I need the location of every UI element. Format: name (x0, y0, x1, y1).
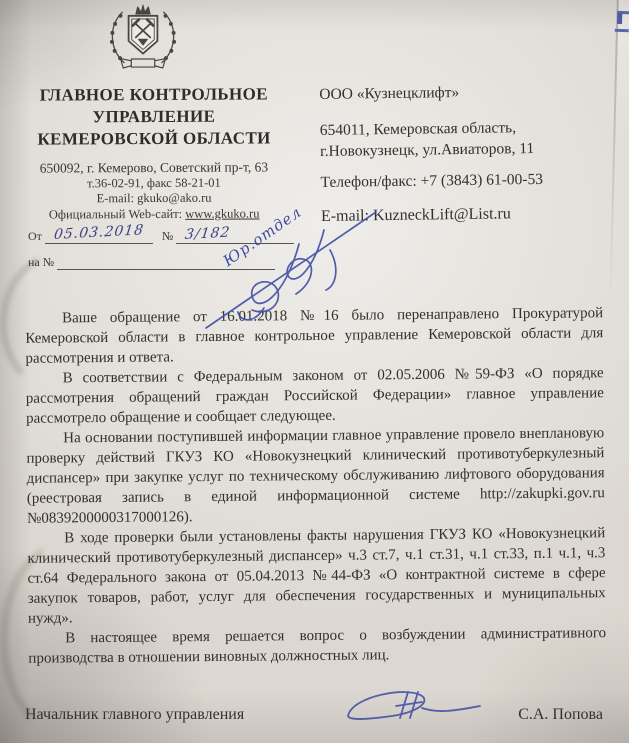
paragraph: В соответствии с Федеральным законом от … (26, 363, 605, 429)
org-name-line: ГЛАВНОЕ КОНТРОЛЬНОЕ (10, 83, 298, 107)
scanned-letter-photo: ГЛАВНОЕ КОНТРОЛЬНОЕ УПРАВЛЕНИЕ КЕМЕРОВСК… (0, 0, 629, 743)
from-label: От (28, 229, 42, 243)
recipient-address-line: г.Новокузнецк, ул.Авиаторов, 11 (320, 138, 534, 162)
signer-name: С.А. Попова (518, 706, 603, 724)
kemerovo-coat-of-arms-icon (98, 3, 188, 79)
signer-title: Начальник главного управления (25, 706, 244, 724)
recipient-company: ООО «Кузнецклифт» (319, 84, 459, 104)
signature-ink (330, 680, 490, 726)
sender-address: 650092, г. Кемерово, Советский пр-т, 63 (10, 159, 298, 176)
sender-org-name: ГЛАВНОЕ КОНТРОЛЬНОЕ УПРАВЛЕНИЕ КЕМЕРОВСК… (10, 83, 298, 151)
paragraph: В ходе проверки были установлены факты н… (27, 523, 606, 629)
paragraph: В настоящее время решается вопрос о возб… (28, 623, 606, 669)
stamp-fragment (612, 8, 629, 39)
recipient-address: 654011, Кемеровская область, г.Новокузне… (320, 117, 535, 162)
paragraph: На основании поступившей информации глав… (26, 423, 605, 529)
paper-edge (609, 0, 619, 306)
handwritten-routing-annotation: Юр.отдел (200, 190, 390, 340)
letter-body: Ваше обращение от 16.01.2018 №16 было пе… (25, 303, 606, 669)
website-label: Официальный Web-сайт: (49, 206, 186, 221)
from-date-field: 05.03.2018 (45, 230, 153, 244)
org-name-line: УПРАВЛЕНИЕ (10, 105, 298, 129)
in-reply-label: на № (28, 255, 54, 269)
recipient-phone-fax: Телефон/факс: +7 (3843) 61-00-53 (320, 171, 543, 192)
recipient-address-line: 654011, Кемеровская область, (320, 117, 534, 141)
signature-row: Начальник главного управления С.А. Попов… (25, 706, 603, 724)
number-label: № (162, 229, 173, 243)
org-name-line: КЕМЕРОВСКОЙ ОБЛАСТИ (10, 127, 298, 151)
handwritten-date: 05.03.2018 (53, 222, 145, 243)
